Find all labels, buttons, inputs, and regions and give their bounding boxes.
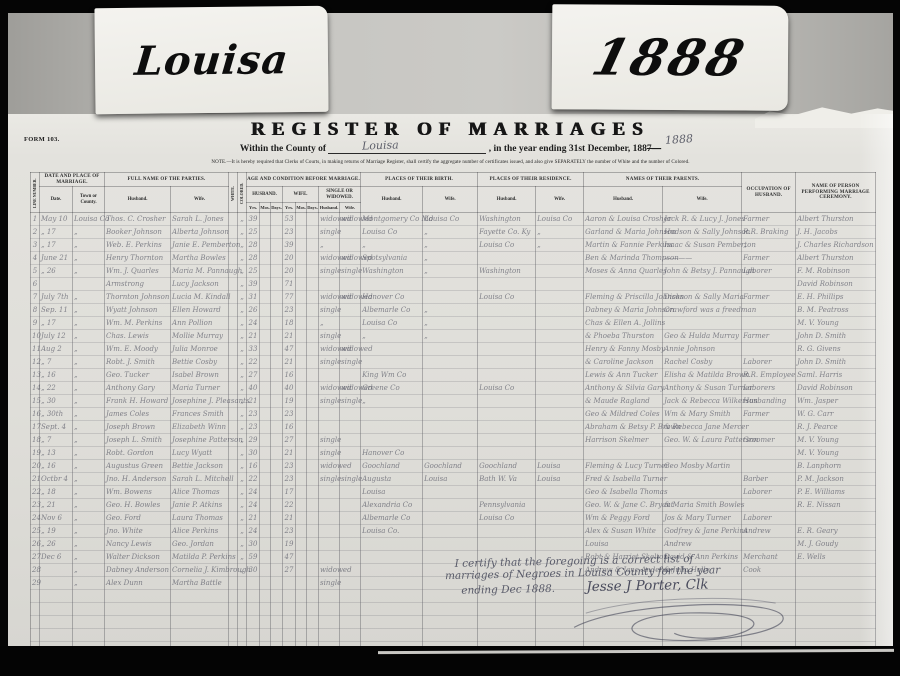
- cell-birth_wife: „: [423, 226, 478, 239]
- cell-w_yrs: 77: [283, 291, 296, 304]
- cell-wife: Sarah L. Mitchell: [171, 473, 229, 486]
- cell-w_days: [307, 473, 319, 486]
- cell-h_yrs: [247, 590, 260, 603]
- cell-wife: Julia Monroe: [171, 343, 229, 356]
- cell-h_yrs: 25: [247, 226, 260, 239]
- cell-res_husband: [478, 395, 536, 408]
- cell-minister: Wm. Jasper: [796, 395, 876, 408]
- cell-husband: [105, 629, 171, 642]
- cell-husband: Jno. H. Anderson: [105, 473, 171, 486]
- cell-wife: Lucy Wyatt: [171, 447, 229, 460]
- cell-parents_husband: Chas & Ellen A. Jollins: [584, 317, 663, 330]
- form-note: NOTE.—It is hereby required that Clerks …: [8, 160, 893, 165]
- table-row: 18„ 7„Joseph L. SmithJosephine Patterson…: [31, 434, 876, 447]
- cell-date: Octbr 4: [40, 473, 73, 486]
- cell-wife: [171, 629, 229, 642]
- cell-place: „: [73, 460, 105, 473]
- cell-white: [229, 421, 238, 434]
- year-label-text: 1888: [587, 28, 753, 88]
- cell-birth_husband: [361, 434, 423, 447]
- cell-res_husband: Fayette Co. Ky: [478, 226, 536, 239]
- cell-colored: „: [238, 252, 247, 265]
- cell-h_mos: [260, 551, 271, 564]
- cell-w_days: [307, 226, 319, 239]
- cell-w_yrs: 71: [283, 278, 296, 291]
- cell-husband: Web. E. Perkins: [105, 239, 171, 252]
- cell-minister: M. V. Young: [796, 434, 876, 447]
- cell-wife: Cornelia J. Kimbrough: [171, 564, 229, 577]
- cell-parents_wife: & Maria Smith Bowles: [663, 499, 742, 512]
- cell-cond_husband: [319, 369, 340, 382]
- cell-birth_wife: „: [423, 317, 478, 330]
- cell-w_mos: [296, 473, 307, 486]
- cell-res_husband: [478, 330, 536, 343]
- cell-date: „ 16: [40, 460, 73, 473]
- cell-occupation: Farmer: [742, 408, 796, 421]
- cell-h_days: [271, 239, 283, 252]
- cell-occupation: [742, 460, 796, 473]
- cell-w_days: [307, 486, 319, 499]
- cell-wife: Isabel Brown: [171, 369, 229, 382]
- cell-w_mos: [296, 460, 307, 473]
- subheader-wife-name: Wife.: [171, 187, 229, 213]
- photo-right-border: [893, 0, 900, 676]
- cell-husband: Henry Thornton: [105, 252, 171, 265]
- cell-minister: Albert Thurston: [796, 252, 876, 265]
- cell-n: 4: [31, 252, 40, 265]
- cell-w_yrs: 20: [283, 252, 296, 265]
- cell-birth_wife: „: [423, 252, 478, 265]
- cell-w_mos: [296, 356, 307, 369]
- cell-occupation: Farmer: [742, 213, 796, 226]
- cell-birth_husband: Augusta: [361, 473, 423, 486]
- cell-minister: J. Charles Richardson: [796, 239, 876, 252]
- cell-cond_wife: [340, 512, 361, 525]
- cell-place: „: [73, 447, 105, 460]
- cell-cond_wife: [340, 603, 361, 616]
- cell-cond_wife: [340, 421, 361, 434]
- cell-cond_husband: single: [319, 473, 340, 486]
- cell-w_days: [307, 460, 319, 473]
- cell-birth_husband: [361, 577, 423, 590]
- cell-wife: Maria M. Pannaugh: [171, 265, 229, 278]
- cell-parents_husband: Dabney & Maria Johnson: [584, 304, 663, 317]
- cell-white: [229, 356, 238, 369]
- cell-w_days: [307, 317, 319, 330]
- certification-line3: ending Dec 1888.: [461, 583, 555, 597]
- cell-birth_husband: Spotsylvania: [361, 252, 423, 265]
- cell-birth_wife: [423, 421, 478, 434]
- cell-parents_husband: Alex & Susan White: [584, 525, 663, 538]
- cell-parents_wife: Elisha & Matilda Brown: [663, 369, 742, 382]
- cell-occupation: Farmer: [742, 252, 796, 265]
- cell-n: 1: [31, 213, 40, 226]
- cell-place: „: [73, 226, 105, 239]
- cell-place: „: [73, 408, 105, 421]
- cell-n: 10: [31, 330, 40, 343]
- cell-minister: [796, 512, 876, 525]
- cell-wife: Elizabeth Winn: [171, 421, 229, 434]
- cell-colored: „: [238, 525, 247, 538]
- cell-h_mos: [260, 369, 271, 382]
- cell-birth_wife: [423, 369, 478, 382]
- cell-husband: Wm. J. Quarles: [105, 265, 171, 278]
- cell-res_husband: Washington: [478, 265, 536, 278]
- cell-cond_husband: single: [319, 265, 340, 278]
- cell-birth_wife: Louisa Co: [423, 213, 478, 226]
- cell-cond_husband: [319, 278, 340, 291]
- cell-w_days: [307, 304, 319, 317]
- subheader-h-yrs: Yrs.: [247, 203, 260, 213]
- cell-n: 28: [31, 564, 40, 577]
- cell-h_yrs: 21: [247, 512, 260, 525]
- cell-birth_wife: [423, 395, 478, 408]
- cell-parents_wife: [663, 278, 742, 291]
- cell-parents_husband: & Caroline Jackson: [584, 356, 663, 369]
- cell-w_yrs: 27: [283, 564, 296, 577]
- cell-cond_wife: single: [340, 395, 361, 408]
- cell-minister: [796, 629, 876, 642]
- cell-w_mos: [296, 213, 307, 226]
- cell-birth_husband: [361, 538, 423, 551]
- cell-date: [40, 577, 73, 590]
- cell-date: [40, 616, 73, 629]
- cell-place: [73, 629, 105, 642]
- cell-white: [229, 590, 238, 603]
- cell-h_days: [271, 304, 283, 317]
- table-row: 24Nov 6„Geo. FordLaura Thomas„2121Albema…: [31, 512, 876, 525]
- cell-h_days: [271, 538, 283, 551]
- cell-h_mos: [260, 278, 271, 291]
- cell-cond_wife: [340, 616, 361, 629]
- cell-minister: B. M. Peatross: [796, 304, 876, 317]
- cell-husband: Nancy Lewis: [105, 538, 171, 551]
- cell-h_yrs: 27: [247, 369, 260, 382]
- cell-parents_husband: [584, 447, 663, 460]
- cell-parents_wife: John & Betsy J. Pannaugh: [663, 265, 742, 278]
- cell-n: 29: [31, 577, 40, 590]
- cell-parents_wife: Jack R. & Lucy J. Jones: [663, 213, 742, 226]
- cell-husband: Chas. Lewis: [105, 330, 171, 343]
- cell-cond_husband: [319, 629, 340, 642]
- cell-w_days: [307, 525, 319, 538]
- cell-cond_wife: [340, 538, 361, 551]
- cell-parents_wife: [663, 447, 742, 460]
- cell-cond_wife: widowed: [340, 382, 361, 395]
- cell-date: Sep. 11: [40, 304, 73, 317]
- table-header: LINE NUMBER. DATE AND PLACE OF MARRIAGE.…: [31, 173, 876, 213]
- cell-w_mos: [296, 629, 307, 642]
- cell-date: Aug 2: [40, 343, 73, 356]
- cell-w_mos: [296, 499, 307, 512]
- cell-parents_wife: Geo Mosby Martin: [663, 460, 742, 473]
- cell-res_husband: [478, 525, 536, 538]
- cell-colored: „: [238, 278, 247, 291]
- cell-h_mos: [260, 421, 271, 434]
- cell-res_husband: [478, 486, 536, 499]
- cell-n: 23: [31, 499, 40, 512]
- cell-occupation: Laborer: [742, 512, 796, 525]
- table-row: 4June 21„Henry ThorntonMartha Bowles„282…: [31, 252, 876, 265]
- cell-h_yrs: 33: [247, 343, 260, 356]
- header-birth: PLACES OF THEIR BIRTH.: [361, 173, 478, 187]
- cell-h_mos: [260, 512, 271, 525]
- cell-w_yrs: 18: [283, 317, 296, 330]
- cell-white: [229, 512, 238, 525]
- cell-w_mos: [296, 226, 307, 239]
- cell-place: „: [73, 577, 105, 590]
- table-row: 11Aug 2„Wm. E. MoodyJulia Monroe„3347wid…: [31, 343, 876, 356]
- cell-minister: R. E. Nissan: [796, 499, 876, 512]
- table-row: 5„ 26„Wm. J. QuarlesMaria M. Pannaugh„25…: [31, 265, 876, 278]
- cell-place: „: [73, 356, 105, 369]
- cell-colored: „: [238, 226, 247, 239]
- cell-cond_husband: widowed: [319, 291, 340, 304]
- cell-w_yrs: 17: [283, 486, 296, 499]
- cell-h_mos: [260, 317, 271, 330]
- cell-birth_husband: [361, 590, 423, 603]
- county-label-text: Louisa: [133, 36, 291, 85]
- cell-white: [229, 577, 238, 590]
- cell-birth_husband: Greene Co: [361, 382, 423, 395]
- cell-h_yrs: [247, 577, 260, 590]
- cell-colored: „: [238, 291, 247, 304]
- cell-cond_husband: widowed: [319, 252, 340, 265]
- cell-h_yrs: 24: [247, 317, 260, 330]
- cell-white: [229, 317, 238, 330]
- cell-cond_husband: [319, 408, 340, 421]
- cell-white: [229, 213, 238, 226]
- cell-colored: „: [238, 499, 247, 512]
- cell-h_days: [271, 226, 283, 239]
- cell-white: [229, 408, 238, 421]
- cell-husband: Frank H. Howard: [105, 395, 171, 408]
- cell-h_days: [271, 291, 283, 304]
- cell-res_husband: Pennsylvania: [478, 499, 536, 512]
- cell-n: [31, 590, 40, 603]
- cell-wife: Bettie Jackson: [171, 460, 229, 473]
- cell-w_mos: [296, 369, 307, 382]
- cell-parents_husband: Anthony & Silvia Gary: [584, 382, 663, 395]
- cell-h_days: [271, 408, 283, 421]
- cell-minister: John D. Smith: [796, 356, 876, 369]
- cell-w_mos: [296, 616, 307, 629]
- cell-colored: „: [238, 356, 247, 369]
- cell-h_days: [271, 590, 283, 603]
- cell-parents_husband: & Maude Ragland: [584, 395, 663, 408]
- cell-white: [229, 538, 238, 551]
- cell-parents_wife: Crawford was a freedman: [663, 304, 742, 317]
- cell-parents_husband: Geo. W. & Jane C. Bryant: [584, 499, 663, 512]
- cell-parents_wife: Godfrey & Jane Perkins: [663, 525, 742, 538]
- cell-h_yrs: 16: [247, 460, 260, 473]
- cell-parents_wife: [663, 473, 742, 486]
- cell-h_mos: [260, 356, 271, 369]
- cell-w_mos: [296, 382, 307, 395]
- cell-birth_husband: Montgomery Co Md: [361, 213, 423, 226]
- cell-cond_wife: [340, 226, 361, 239]
- cell-minister: P. M. Jackson: [796, 473, 876, 486]
- cell-husband: [105, 603, 171, 616]
- cell-n: 26: [31, 538, 40, 551]
- cell-husband: Thornton Johnson: [105, 291, 171, 304]
- cell-minister: W. G. Carr: [796, 408, 876, 421]
- subheader-birth-wife: Wife.: [423, 187, 478, 213]
- cell-cond_husband: [319, 616, 340, 629]
- county-handwritten: Louisa: [362, 138, 399, 152]
- cell-h_days: [271, 616, 283, 629]
- cell-minister: David Robinson: [796, 278, 876, 291]
- cell-husband: Thos. C. Crosher: [105, 213, 171, 226]
- cell-cond_husband: [319, 525, 340, 538]
- cell-birth_husband: Albemarle Co: [361, 304, 423, 317]
- cell-occupation: Laborer: [742, 486, 796, 499]
- cell-place: „: [73, 551, 105, 564]
- cell-colored: „: [238, 512, 247, 525]
- cell-h_yrs: 30: [247, 447, 260, 460]
- table-row: 19„ 13„Robt. GordonLucy Wyatt„3021single…: [31, 447, 876, 460]
- cell-birth_husband: [361, 629, 423, 642]
- cell-h_yrs: 24: [247, 525, 260, 538]
- cell-h_yrs: 23: [247, 421, 260, 434]
- cell-parents_wife: Wm & Mary Smith: [663, 408, 742, 421]
- cell-date: „ 7: [40, 356, 73, 369]
- year-struck: 7—: [647, 144, 661, 154]
- cell-h_mos: [260, 577, 271, 590]
- cell-husband: Wyatt Johnson: [105, 304, 171, 317]
- cell-place: „: [73, 304, 105, 317]
- cell-colored: „: [238, 382, 247, 395]
- cell-h_days: [271, 330, 283, 343]
- cell-birth_husband: [361, 421, 423, 434]
- cell-parents_wife: Jack & Rebecca Wilkerson: [663, 395, 742, 408]
- cell-h_mos: [260, 304, 271, 317]
- cell-cond_husband: „: [319, 317, 340, 330]
- clerk-certification: I certify that the foregoing is a correc…: [455, 550, 826, 598]
- cell-birth_wife: [423, 356, 478, 369]
- subheader-date: Date.: [40, 187, 73, 213]
- subheader-parents-husband: Husband.: [584, 187, 663, 213]
- cell-w_mos: [296, 551, 307, 564]
- cell-n: 2: [31, 226, 40, 239]
- cell-h_days: [271, 473, 283, 486]
- cell-occupation: [742, 343, 796, 356]
- cell-place: „: [73, 421, 105, 434]
- cell-parents_wife: Jos & Mary Turner: [663, 512, 742, 525]
- cell-res_wife: Louisa: [536, 473, 584, 486]
- cell-occupation: Laborer: [742, 356, 796, 369]
- cell-white: [229, 460, 238, 473]
- cell-n: 7: [31, 291, 40, 304]
- cell-h_days: [271, 369, 283, 382]
- cell-birth_husband: Louisa Co: [361, 317, 423, 330]
- county-label-card: Louisa: [94, 6, 328, 114]
- cell-wife: Lucia M. Kindall: [171, 291, 229, 304]
- cell-birth_husband: [361, 616, 423, 629]
- cell-colored: „: [238, 473, 247, 486]
- cell-h_yrs: [247, 616, 260, 629]
- subheader-h-days: Days.: [271, 203, 283, 213]
- cell-w_yrs: 16: [283, 421, 296, 434]
- cell-w_days: [307, 590, 319, 603]
- cell-place: „: [73, 395, 105, 408]
- header-full-name: FULL NAME OF THE PARTIES.: [105, 173, 229, 187]
- subheader-parents-wife: Wife.: [663, 187, 742, 213]
- cell-res_husband: [478, 629, 536, 642]
- cell-parents_wife: & Rebecca Jane Mercer: [663, 421, 742, 434]
- cell-n: 8: [31, 304, 40, 317]
- cell-minister: E. R. Geary: [796, 525, 876, 538]
- cell-cond_wife: widowed: [340, 343, 361, 356]
- cell-w_yrs: 19: [283, 538, 296, 551]
- cell-h_days: [271, 382, 283, 395]
- cell-w_days: [307, 616, 319, 629]
- cell-res_husband: [478, 616, 536, 629]
- cell-res_wife: Louisa Co: [536, 213, 584, 226]
- cell-date: „ 21: [40, 499, 73, 512]
- cell-husband: Geo. Ford: [105, 512, 171, 525]
- cell-res_husband: [478, 603, 536, 616]
- cell-w_yrs: 27: [283, 434, 296, 447]
- cell-res_husband: Bath W. Va: [478, 473, 536, 486]
- cell-cond_husband: single: [319, 395, 340, 408]
- cell-w_mos: [296, 291, 307, 304]
- cell-husband: Joseph L. Smith: [105, 434, 171, 447]
- cell-w_days: [307, 330, 319, 343]
- cell-place: „: [73, 473, 105, 486]
- cell-place: „: [73, 382, 105, 395]
- cell-wife: Geo. Jordan: [171, 538, 229, 551]
- cell-h_days: [271, 213, 283, 226]
- cell-h_mos: [260, 538, 271, 551]
- cell-res_wife: [536, 252, 584, 265]
- cell-h_yrs: 21: [247, 395, 260, 408]
- cell-husband: [105, 616, 171, 629]
- cell-place: [73, 278, 105, 291]
- cell-h_days: [271, 278, 283, 291]
- cell-cond_wife: [340, 447, 361, 460]
- cell-occupation: R.R. Employee: [742, 369, 796, 382]
- cell-w_days: [307, 447, 319, 460]
- cell-w_yrs: 23: [283, 304, 296, 317]
- cell-cond_husband: „: [319, 239, 340, 252]
- cell-date: Nov 6: [40, 512, 73, 525]
- cell-date: „ 17: [40, 239, 73, 252]
- cell-w_days: [307, 564, 319, 577]
- cell-cond_wife: single: [340, 356, 361, 369]
- cell-w_days: [307, 213, 319, 226]
- cell-h_days: [271, 603, 283, 616]
- cell-res_husband: Washington: [478, 213, 536, 226]
- cell-place: „: [73, 252, 105, 265]
- cell-h_mos: [260, 291, 271, 304]
- subheader-residence-wife: Wife.: [536, 187, 584, 213]
- cell-h_mos: [260, 213, 271, 226]
- cell-white: [229, 603, 238, 616]
- cell-place: „: [73, 265, 105, 278]
- cell-birth_wife: Goochland: [423, 460, 478, 473]
- cell-w_yrs: [283, 616, 296, 629]
- cell-birth_wife: [423, 408, 478, 421]
- cell-birth_wife: [423, 629, 478, 642]
- cell-parents_husband: Louisa: [584, 538, 663, 551]
- cell-colored: „: [238, 369, 247, 382]
- cell-date: June 21: [40, 252, 73, 265]
- cell-w_yrs: 16: [283, 369, 296, 382]
- cell-husband: Anthony Gary: [105, 382, 171, 395]
- cell-date: „ 30th: [40, 408, 73, 421]
- cell-husband: Robt. J. Smith: [105, 356, 171, 369]
